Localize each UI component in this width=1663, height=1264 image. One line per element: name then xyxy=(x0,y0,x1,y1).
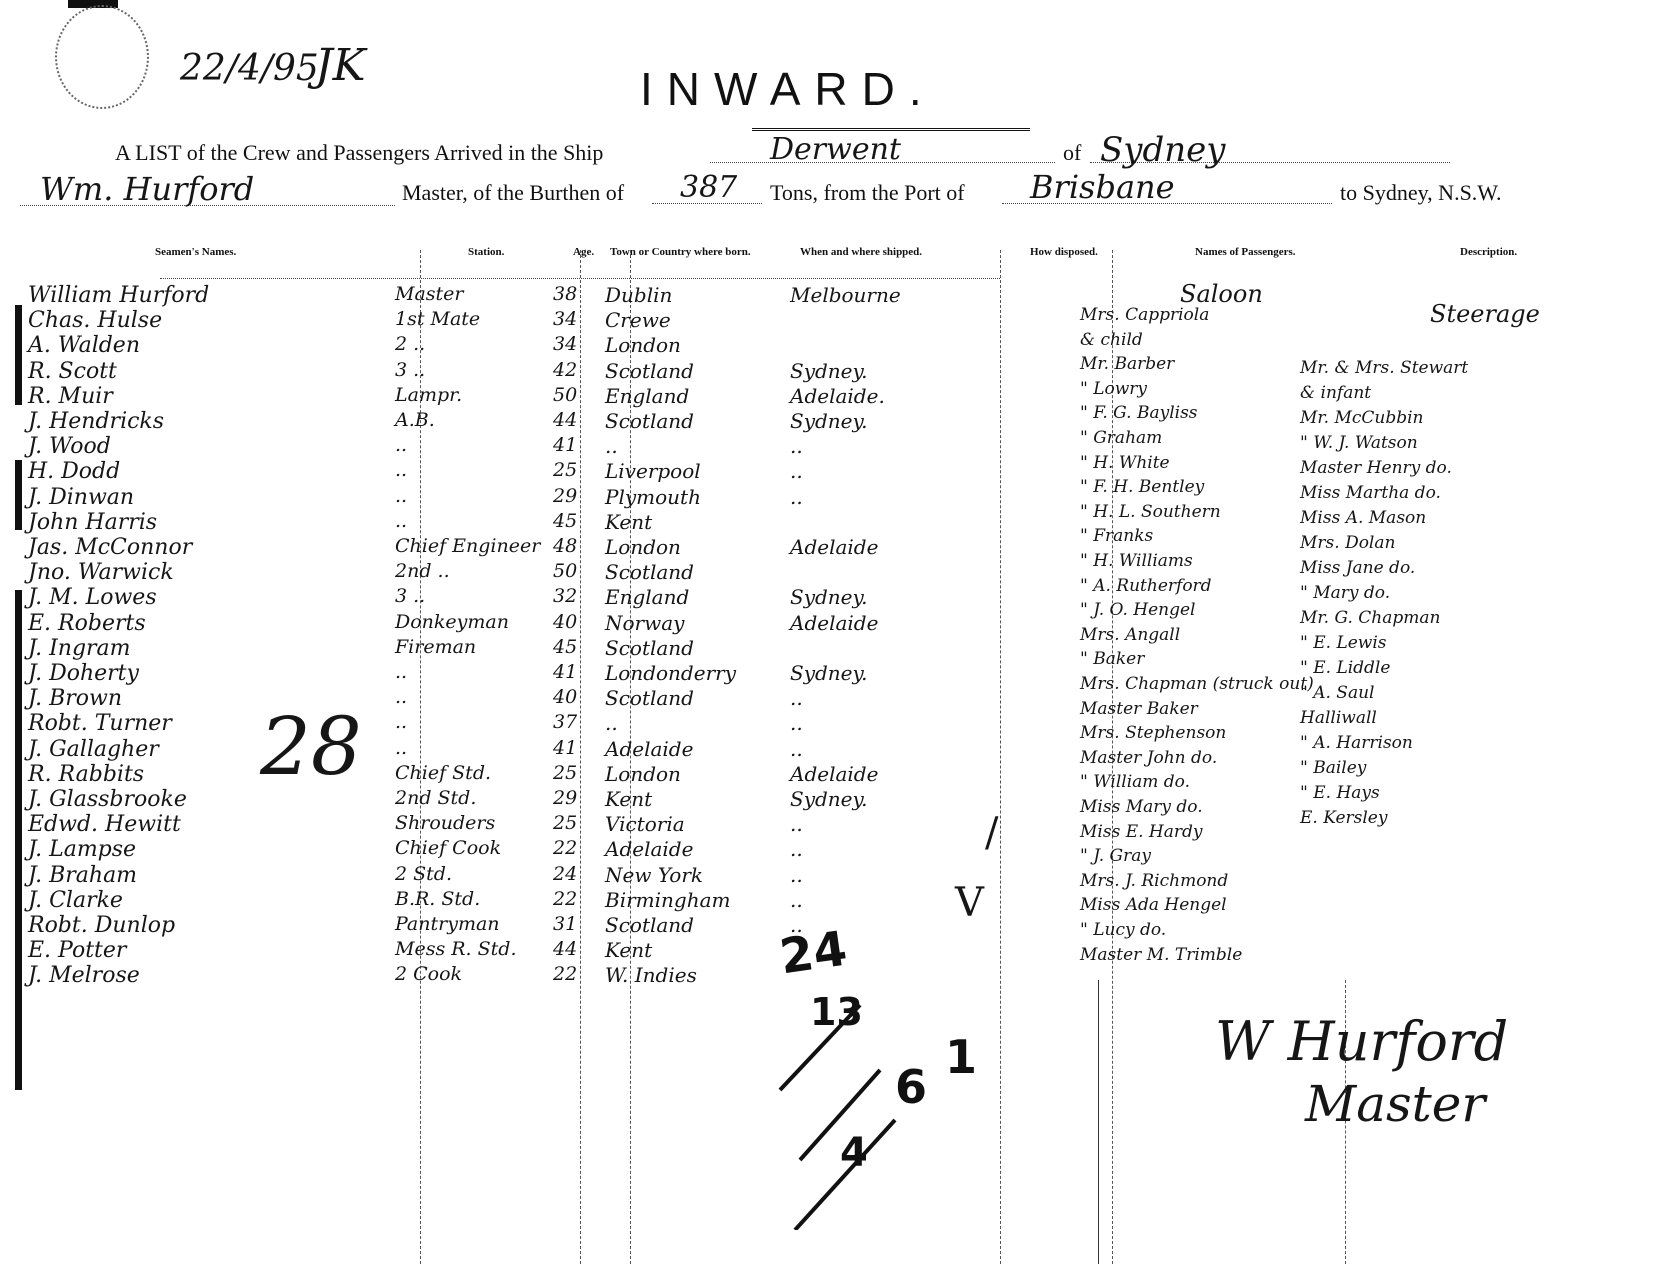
crew-born: .. xyxy=(605,434,618,458)
crew-station: .. xyxy=(395,737,407,759)
saloon-passenger: " Lucy do. xyxy=(1080,920,1166,940)
crew-station: B.R. Std. xyxy=(395,888,480,910)
margin-bar-3 xyxy=(15,590,22,1090)
crew-shipped: Sydney. xyxy=(790,661,868,685)
crew-born: Scotland xyxy=(605,913,694,937)
steerage-passenger: " A. Saul xyxy=(1300,683,1374,703)
saloon-passenger: Master Baker xyxy=(1080,699,1198,719)
crew-shipped: .. xyxy=(790,737,803,761)
steerage-passenger: Mrs. Dolan xyxy=(1300,533,1395,553)
steerage-passenger: " E. Hays xyxy=(1300,783,1380,803)
disposed-mark-1: / xyxy=(985,810,998,856)
saloon-passenger: & child xyxy=(1080,330,1143,350)
list-heading-prefix: A LIST of the Crew and Passengers Arrive… xyxy=(115,140,603,166)
crew-born: New York xyxy=(605,863,703,887)
crew-shipped: .. xyxy=(790,888,803,912)
crew-station: Chief Cook xyxy=(395,837,501,859)
crew-born: W. Indies xyxy=(605,963,697,987)
crew-station: Shrouders xyxy=(395,812,495,834)
crew-shipped: .. xyxy=(790,459,803,483)
page-title: INWARD. xyxy=(640,62,936,116)
crew-station: .. xyxy=(395,686,407,708)
crew-name: Jas. McConnor xyxy=(28,535,192,560)
divider-age xyxy=(580,250,581,1264)
crew-age: 45 xyxy=(553,510,577,532)
crew-name: John Harris xyxy=(28,510,157,535)
crew-born: England xyxy=(605,384,689,408)
crew-age: 50 xyxy=(553,560,577,582)
divider-shipped xyxy=(1000,250,1001,1264)
col-passengers: Names of Passengers. xyxy=(1195,246,1296,258)
col-seamen-names: Seamen's Names. xyxy=(155,246,236,258)
saloon-passenger: " H. White xyxy=(1080,453,1170,473)
steerage-passenger: " E. Lewis xyxy=(1300,633,1387,653)
steerage-passenger: Miss Jane do. xyxy=(1300,558,1415,578)
ship-port: Sydney xyxy=(1100,130,1226,170)
crew-name: J. Melrose xyxy=(28,963,140,988)
col-shipped: When and where shipped. xyxy=(800,246,922,258)
crew-born: Kent xyxy=(605,787,652,811)
crew-born: .. xyxy=(605,711,618,735)
crew-shipped: Adelaide xyxy=(790,762,878,786)
crew-shipped: .. xyxy=(790,863,803,887)
divider-disposed-low xyxy=(1098,980,1099,1264)
saloon-passenger: " F. G. Bayliss xyxy=(1080,403,1198,423)
steerage-passenger: Mr. McCubbin xyxy=(1300,408,1424,428)
crew-age: 22 xyxy=(553,888,577,910)
master-burthen-label: Master, of the Burthen of xyxy=(402,180,624,206)
col-born: Town or Country where born. xyxy=(610,246,751,258)
crew-age: 34 xyxy=(553,333,577,355)
crew-name: H. Dodd xyxy=(28,459,120,484)
crew-name: E. Potter xyxy=(28,938,126,963)
crew-born: London xyxy=(605,535,681,559)
crew-born: Adelaide xyxy=(605,737,693,761)
crew-shipped: Adelaide. xyxy=(790,384,885,408)
saloon-passenger: " Franks xyxy=(1080,526,1153,546)
crew-station: A.B. xyxy=(395,409,435,431)
steerage-passenger: Master Henry do. xyxy=(1300,458,1452,478)
crew-station: Fireman xyxy=(395,636,476,658)
crew-shipped: .. xyxy=(790,686,803,710)
crew-born: Scotland xyxy=(605,359,694,383)
crew-name: E. Roberts xyxy=(28,611,146,636)
crew-name: J. Dinwan xyxy=(28,485,134,510)
crew-born: Scotland xyxy=(605,560,694,584)
crew-age: 34 xyxy=(553,308,577,330)
crew-age: 25 xyxy=(553,459,577,481)
saloon-passenger: " Lowry xyxy=(1080,379,1147,399)
saloon-passenger: Mrs. Chapman (struck out) xyxy=(1080,674,1314,694)
crew-shipped: Sydney. xyxy=(790,409,868,433)
crew-station: 3 .. xyxy=(395,585,425,607)
crew-age: 45 xyxy=(553,636,577,658)
crew-shipped: .. xyxy=(790,837,803,861)
crew-station: 1st Mate xyxy=(395,308,480,330)
saloon-passenger: Miss E. Hardy xyxy=(1080,822,1203,842)
tally-24: 24 xyxy=(776,921,850,986)
crew-name: William Hurford xyxy=(28,283,209,308)
margin-bar-2 xyxy=(15,460,22,530)
crew-name: J. Glassbrooke xyxy=(28,787,187,812)
crew-born: Norway xyxy=(605,611,684,635)
saloon-passenger: " Baker xyxy=(1080,649,1144,669)
saloon-passenger: " H. Williams xyxy=(1080,551,1193,571)
crew-age: 41 xyxy=(553,737,577,759)
crew-age: 48 xyxy=(553,535,577,557)
crew-shipped: .. xyxy=(790,812,803,836)
crew-age: 41 xyxy=(553,434,577,456)
crew-shipped: Adelaide xyxy=(790,611,878,635)
saloon-passenger: " A. Rutherford xyxy=(1080,576,1212,596)
crew-age: 44 xyxy=(553,409,577,431)
crew-station: .. xyxy=(395,510,407,532)
saloon-passenger: Master John do. xyxy=(1080,748,1217,768)
crew-station: Lampr. xyxy=(395,384,462,406)
steerage-passenger: Mr. & Mrs. Stewart xyxy=(1300,358,1468,378)
crew-born: Crewe xyxy=(605,308,671,332)
crew-station: Chief Std. xyxy=(395,762,491,784)
saloon-passenger: " William do. xyxy=(1080,772,1190,792)
saloon-passenger: " J. Gray xyxy=(1080,846,1151,866)
crew-age: 22 xyxy=(553,837,577,859)
crew-shipped: Melbourne xyxy=(790,283,901,307)
saloon-passenger: Mrs. Cappriola xyxy=(1080,305,1209,325)
crew-station: 2 Std. xyxy=(395,863,452,885)
crew-station: 2 Cook xyxy=(395,963,462,985)
crew-name: J. Ingram xyxy=(28,636,131,661)
crew-age: 37 xyxy=(553,711,577,733)
crew-station: Master xyxy=(395,283,464,305)
crew-name: J. Clarke xyxy=(28,888,123,913)
crew-station: 2 .. xyxy=(395,333,425,355)
crew-age: 29 xyxy=(553,787,577,809)
department-stamp xyxy=(55,5,149,109)
crew-age: 41 xyxy=(553,661,577,683)
crew-station: .. xyxy=(395,459,407,481)
crew-age: 40 xyxy=(553,686,577,708)
crew-name: Jno. Warwick xyxy=(28,560,174,585)
steerage-passenger: Miss Martha do. xyxy=(1300,483,1441,503)
crew-station: .. xyxy=(395,661,407,683)
crew-born: Plymouth xyxy=(605,485,701,509)
crew-age: 42 xyxy=(553,359,577,381)
crew-station: .. xyxy=(395,711,407,733)
crew-age: 25 xyxy=(553,812,577,834)
crew-station: 2nd Std. xyxy=(395,787,476,809)
crew-shipped: .. xyxy=(790,434,803,458)
crew-name: J. Hendricks xyxy=(28,409,164,434)
col-age: Age. xyxy=(573,246,594,258)
crew-born: England xyxy=(605,585,689,609)
crew-age: 38 xyxy=(553,283,577,305)
initials: JK xyxy=(315,40,366,91)
crew-shipped: Sydney. xyxy=(790,359,868,383)
saloon-passenger: " Graham xyxy=(1080,428,1162,448)
crew-age: 24 xyxy=(553,863,577,885)
crew-station: Mess R. Std. xyxy=(395,938,516,960)
saloon-passenger: " H. L. Southern xyxy=(1080,502,1221,522)
crew-name: R. Muir xyxy=(28,384,113,409)
crew-station: Chief Engineer xyxy=(395,535,540,557)
crew-age: 44 xyxy=(553,938,577,960)
crew-name: J. Brown xyxy=(28,686,122,711)
date-note: 22/4/95 xyxy=(180,48,319,89)
saloon-passenger: Master M. Trimble xyxy=(1080,945,1242,965)
crew-born: Scotland xyxy=(605,409,694,433)
crew-born: Kent xyxy=(605,510,652,534)
crew-station: Donkeyman xyxy=(395,611,509,633)
saloon-label: Saloon xyxy=(1180,280,1263,308)
steerage-passenger: " W. J. Watson xyxy=(1300,433,1418,453)
crew-born: Kent xyxy=(605,938,652,962)
crew-station: 2nd .. xyxy=(395,560,450,582)
crew-born: Dublin xyxy=(605,283,672,307)
crew-shipped: Sydney. xyxy=(790,787,868,811)
crew-age: 25 xyxy=(553,762,577,784)
crew-name: J. Braham xyxy=(28,863,137,888)
crew-name: J. Doherty xyxy=(28,661,139,686)
crew-born: Adelaide xyxy=(605,837,693,861)
crew-name: J. Gallagher xyxy=(28,737,159,762)
crew-station: .. xyxy=(395,434,407,456)
master-name: Wm. Hurford xyxy=(40,170,254,208)
crew-born: Scotland xyxy=(605,686,694,710)
to-sydney-label: to Sydney, N.S.W. xyxy=(1340,180,1502,206)
crew-name: J. Wood xyxy=(28,434,111,459)
crew-age: 31 xyxy=(553,913,577,935)
saloon-passenger: Miss Ada Hengel xyxy=(1080,895,1227,915)
crew-count-note: 28 xyxy=(260,700,362,793)
crew-name: Robt. Dunlop xyxy=(28,913,175,938)
steerage-passenger: & infant xyxy=(1300,383,1371,403)
steerage-passenger: " Mary do. xyxy=(1300,583,1390,603)
crew-name: J. Lampse xyxy=(28,837,136,862)
crew-shipped: Sydney. xyxy=(790,585,868,609)
crew-shipped: .. xyxy=(790,485,803,509)
steerage-passenger: " A. Harrison xyxy=(1300,733,1413,753)
saloon-passenger: Miss Mary do. xyxy=(1080,797,1203,817)
crew-born: London xyxy=(605,333,681,357)
crew-station: 3 .. xyxy=(395,359,425,381)
crew-age: 22 xyxy=(553,963,577,985)
saloon-passenger: Mrs. Angall xyxy=(1080,625,1180,645)
steerage-passenger: Mr. G. Chapman xyxy=(1300,608,1440,628)
crew-shipped: .. xyxy=(790,711,803,735)
disposed-mark-2: V xyxy=(955,880,984,926)
title-rule xyxy=(752,128,1030,131)
saloon-passenger: Mr. Barber xyxy=(1080,354,1174,374)
crew-station: Pantryman xyxy=(395,913,500,935)
from-port: Brisbane xyxy=(1030,168,1175,206)
tons-from-label: Tons, from the Port of xyxy=(770,180,965,206)
steerage-passenger: Halliwall xyxy=(1300,708,1377,728)
crew-name: Edwd. Hewitt xyxy=(28,812,181,837)
tally-slash-marks xyxy=(770,1000,950,1230)
crew-age: 40 xyxy=(553,611,577,633)
crew-born: Scotland xyxy=(605,636,694,660)
steerage-passenger: E. Kersley xyxy=(1300,808,1387,828)
steerage-passenger: " Bailey xyxy=(1300,758,1366,778)
crew-born: Liverpool xyxy=(605,459,701,483)
saloon-passenger: " J. O. Hengel xyxy=(1080,600,1196,620)
crew-age: 50 xyxy=(553,384,577,406)
col-station: Station. xyxy=(468,246,504,258)
burthen-tons: 387 xyxy=(680,170,737,205)
crew-age: 29 xyxy=(553,485,577,507)
crew-shipped: Adelaide xyxy=(790,535,878,559)
crew-name: R. Rabbits xyxy=(28,762,144,787)
crew-born: Victoria xyxy=(605,812,685,836)
col-description: Description. xyxy=(1460,246,1517,258)
col-disposed: How disposed. xyxy=(1030,246,1098,258)
crew-born: Londonderry xyxy=(605,661,736,685)
crew-born: London xyxy=(605,762,681,786)
crew-station: .. xyxy=(395,485,407,507)
saloon-passenger: " F. H. Bentley xyxy=(1080,477,1204,497)
crew-name: Robt. Turner xyxy=(28,711,172,736)
steerage-label: Steerage xyxy=(1430,300,1540,328)
master-title: Master xyxy=(1305,1075,1485,1133)
of-label: of xyxy=(1063,140,1081,166)
margin-bar-1 xyxy=(15,305,22,405)
crew-born: Birmingham xyxy=(605,888,730,912)
ship-name: Derwent xyxy=(770,132,901,167)
saloon-passenger: Mrs. J. Richmond xyxy=(1080,871,1228,891)
master-signature: W Hurford xyxy=(1215,1010,1508,1073)
steerage-passenger: " E. Liddle xyxy=(1300,658,1390,678)
crew-age: 32 xyxy=(553,585,577,607)
crew-name: A. Walden xyxy=(28,333,140,358)
steerage-passenger: Miss A. Mason xyxy=(1300,508,1426,528)
saloon-passenger: Mrs. Stephenson xyxy=(1080,723,1226,743)
crew-name: R. Scott xyxy=(28,359,117,384)
crew-name: Chas. Hulse xyxy=(28,308,162,333)
crew-name: J. M. Lowes xyxy=(28,585,157,610)
